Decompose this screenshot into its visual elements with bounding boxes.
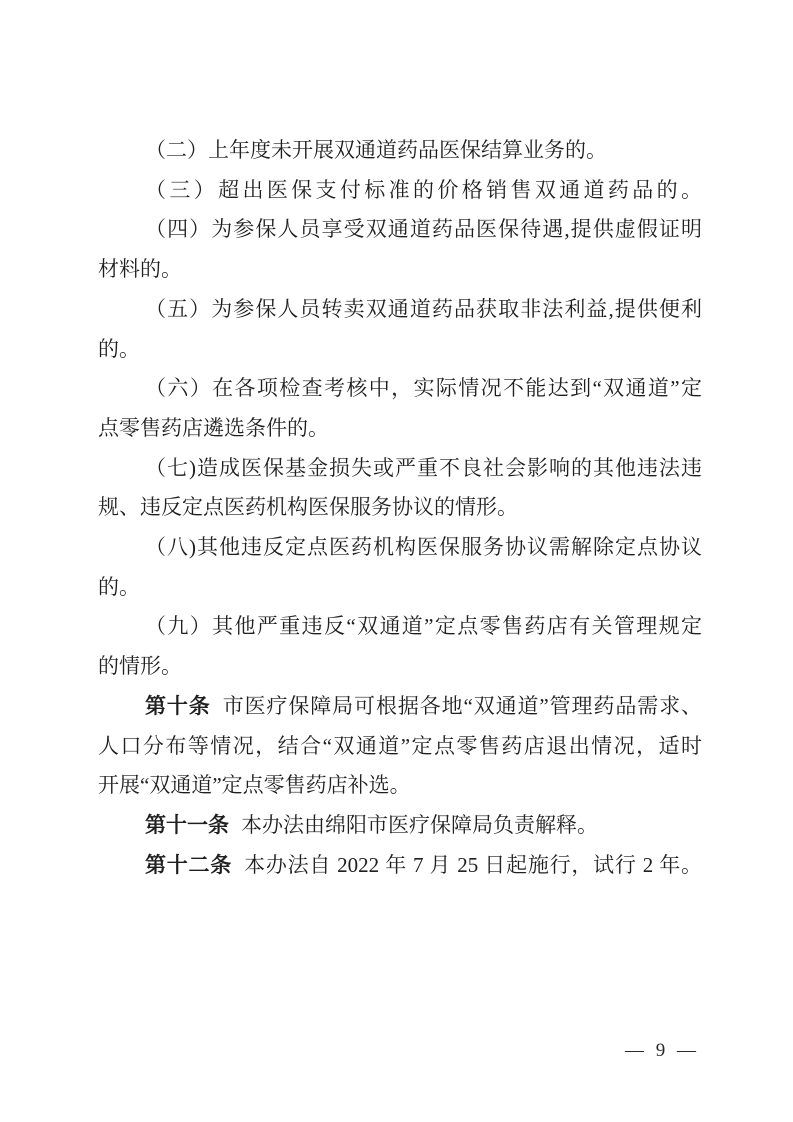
text-line: 的情形。 [98,647,702,687]
paragraph: 第十一条本办法由绵阳市医疗保障局负责解释。 [98,806,702,846]
text-line: （五）为参保人员转卖双通道药品获取非法利益,提供便利 [98,290,702,330]
document-page: （二）上年度未开展双通道药品医保结算业务的。（三）超出医保支付标准的价格销售双通… [0,0,793,1122]
document-body: （二）上年度未开展双通道药品医保结算业务的。（三）超出医保支付标准的价格销售双通… [98,131,702,885]
text-line: 的。 [98,568,702,608]
text-line: 点零售药店遴选条件的。 [98,409,702,449]
text-line: 开展“双通道”定点零售药店补选。 [98,766,702,806]
paragraph: （六）在各项检查考核中，实际情况不能达到“双通道”定点零售药店遴选条件的。 [98,369,702,448]
text-line: （七)造成医保基金损失或严重不良社会影响的其他违法违 [98,449,702,489]
text-line: 人口分布等情况，结合“双通道”定点零售药店退出情况，适时 [98,727,702,767]
text-line: 规、违反定点医药机构医保服务协议的情形。 [98,488,702,528]
text-line: 第十一条本办法由绵阳市医疗保障局负责解释。 [98,806,702,846]
text-line: （八)其他违反定点医药机构医保服务协议需解除定点协议 [98,528,702,568]
text-line: 的。 [98,330,702,370]
text-line: 材料的。 [98,250,702,290]
text-line: （九）其他严重违反“双通道”定点零售药店有关管理规定 [98,607,702,647]
paragraph: （八)其他违反定点医药机构医保服务协议需解除定点协议的。 [98,528,702,607]
text-line: （六）在各项检查考核中，实际情况不能达到“双通道”定 [98,369,702,409]
article-number-bold: 第十一条 [145,814,229,837]
text-line: 第十二条本办法自 2022 年 7 月 25 日起施行，试行 2 年。 [98,846,702,886]
article-number-bold: 第十二条 [145,854,232,877]
paragraph: （二）上年度未开展双通道药品医保结算业务的。 [98,131,702,171]
text-line: （三）超出医保支付标准的价格销售双通道药品的。 [98,171,702,211]
text-line: 第十条市医疗保障局可根据各地“双通道”管理药品需求、 [98,687,702,727]
page-number: — 9 — [625,1040,697,1062]
paragraph: （三）超出医保支付标准的价格销售双通道药品的。 [98,171,702,211]
paragraph: （五）为参保人员转卖双通道药品获取非法利益,提供便利的。 [98,290,702,369]
text-line: （四）为参保人员享受双通道药品医保待遇,提供虚假证明 [98,210,702,250]
paragraph: （七)造成医保基金损失或严重不良社会影响的其他违法违规、违反定点医药机构医保服务… [98,449,702,528]
article-number-bold: 第十条 [145,695,211,718]
paragraph: （四）为参保人员享受双通道药品医保待遇,提供虚假证明材料的。 [98,210,702,289]
paragraph: （九）其他严重违反“双通道”定点零售药店有关管理规定的情形。 [98,607,702,686]
paragraph: 第十条市医疗保障局可根据各地“双通道”管理药品需求、人口分布等情况，结合“双通道… [98,687,702,806]
paragraph: 第十二条本办法自 2022 年 7 月 25 日起施行，试行 2 年。 [98,846,702,886]
text-line: （二）上年度未开展双通道药品医保结算业务的。 [98,131,702,171]
